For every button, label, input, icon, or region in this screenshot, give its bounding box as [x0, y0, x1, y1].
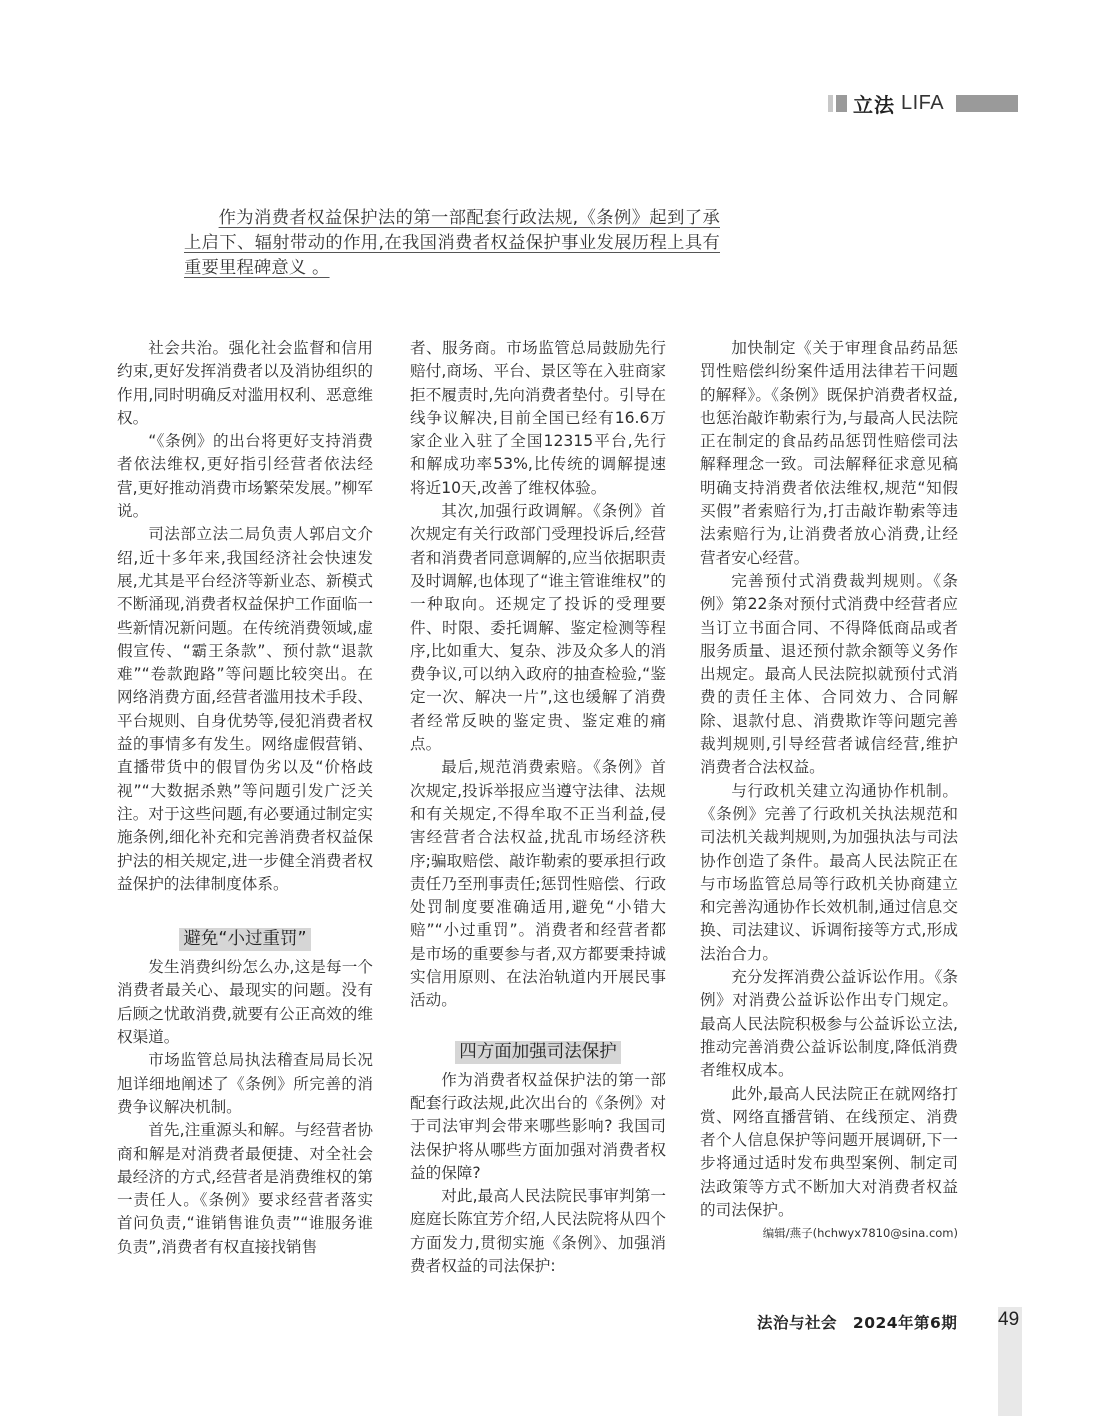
page-number: 49 [998, 1309, 1019, 1331]
tag-bar-dark-icon [836, 95, 847, 112]
paragraph: 者、服务商。市场监管总局鼓励先行赔付,商场、平台、景区等在入驻商家拒不履责时,先… [410, 337, 666, 500]
section-title-cn: 立法 [853, 89, 895, 118]
tag-bar-light-icon [828, 95, 833, 112]
section-title-en: LIFA [901, 92, 944, 115]
paragraph: 作为消费者权益保护法的第一部配套行政法规,此次出台的《条例》对于司法审判会带来哪… [410, 1069, 666, 1185]
tag-block-decoration [956, 95, 1018, 112]
subheading-avoid-heavy-penalty: 避免“小过重罚” [179, 928, 310, 951]
column-2: 者、服务商。市场监管总局鼓励先行赔付,商场、平台、景区等在入驻商家拒不履责时,先… [410, 337, 666, 1278]
paragraph: 对此,最高人民法院民事审判第一庭庭长陈宜芳介绍,人民法院将从四个方面发力,贯彻实… [410, 1185, 666, 1278]
paragraph: 最后,规范消费索赔。《条例》首次规定,投诉举报应当遵守法律、法规和有关规定,不得… [410, 756, 666, 1012]
page-footer: 法治与社会 2024年第6期 [757, 1311, 957, 1333]
paragraph: 首先,注重源头和解。与经营者协商和解是对消费者最便捷、对全社会最经济的方式,经营… [117, 1119, 373, 1259]
issue-label: 2024年第6期 [853, 1314, 957, 1332]
paragraph: 司法部立法二局负责人郭启文介绍,近十多年来,我国经济社会快速发展,尤其是平台经济… [117, 523, 373, 896]
section-tag: 立法 LIFA [828, 92, 1018, 114]
paragraph: 其次,加强行政调解。《条例》首次规定有关行政部门受理投诉后,经营者和消费者同意调… [410, 500, 666, 756]
magazine-title: 法治与社会 [757, 1314, 837, 1332]
paragraph: 完善预付式消费裁判规则。《条例》第22条对预付式消费中经营者应当订立书面合同、不… [700, 570, 958, 780]
paragraph: 此外,最高人民法院正在就网络打赏、网络直播营销、在线预定、消费者个人信息保护等问… [700, 1083, 958, 1223]
paragraph: “《条例》的出台将更好支持消费者依法维权,更好指引经营者依法经营,更好推动消费市… [117, 430, 373, 523]
paragraph: 充分发挥消费公益诉讼作用。《条例》对消费公益诉讼作出专门规定。最高人民法院积极参… [700, 966, 958, 1082]
paragraph: 市场监管总局执法稽查局局长况旭详细地阐述了《条例》所完善的消费争议解决机制。 [117, 1049, 373, 1119]
subheading-wrapper: 避免“小过重罚” [117, 926, 373, 952]
paragraph: 社会共治。强化社会监督和信用约束,更好发挥消费者以及消协组织的作用,同时明确反对… [117, 337, 373, 430]
paragraph: 与行政机关建立沟通协作机制。《条例》完善了行政机关执法规范和司法机关裁判规则,为… [700, 780, 958, 966]
subheading-judicial-protection: 四方面加强司法保护 [455, 1041, 621, 1064]
editor-credit: 编辑/燕子(hchwyx7810@sina.com) [700, 1223, 958, 1243]
subheading-wrapper: 四方面加强司法保护 [410, 1039, 666, 1065]
paragraph: 加快制定《关于审理食品药品惩罚性赔偿纠纷案件适用法律若干问题的解释》。《条例》既… [700, 337, 958, 570]
column-3: 加快制定《关于审理食品药品惩罚性赔偿纠纷案件适用法律若干问题的解释》。《条例》既… [700, 337, 958, 1243]
paragraph: 发生消费纠纷怎么办,这是每一个消费者最关心、最现实的问题。没有后顾之忧敢消费,就… [117, 956, 373, 1049]
pull-quote: 作为消费者权益保护法的第一部配套行政法规,《条例》起到了承上启下、辐射带动的作用… [184, 206, 720, 281]
column-1: 社会共治。强化社会监督和信用约束,更好发挥消费者以及消协组织的作用,同时明确反对… [117, 337, 373, 1259]
